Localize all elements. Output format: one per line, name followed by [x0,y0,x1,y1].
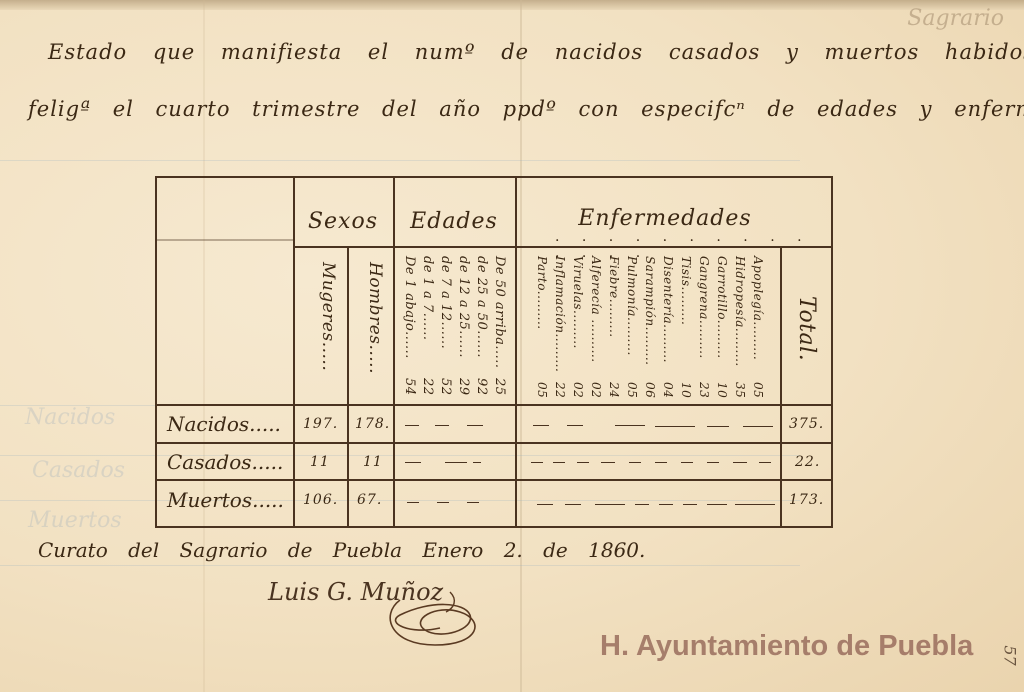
empty-dash [735,504,775,505]
enfermedad-value: 06 [643,382,657,398]
bleed-through-text: Nacidos [25,405,115,430]
empty-dash [681,462,693,463]
column-hombres: Hombres..... [365,262,385,374]
enfermedad-value: 10 [715,382,729,398]
empty-dash [537,504,553,505]
empty-dash [437,502,449,503]
empty-dash [707,462,719,463]
header-divider [155,239,293,241]
nacidos-mugeres: 197. [303,416,338,432]
column-parto: Parto......... [535,256,549,330]
empty-dash [655,426,695,427]
casados-hombres: 11 [363,454,383,470]
casados-mugeres: 11 [310,454,330,470]
column-edad-1-abajo: De 1 abajo...... [402,256,417,359]
empty-dash [445,462,467,463]
column-edad-12-25: de 12 a 25...... [456,256,471,358]
enfermedad-value: 24 [607,382,621,398]
empty-dash [743,426,773,427]
page-number: 57 [1001,645,1020,665]
empty-dash [655,462,667,463]
column-pulmonia: Pulmonía......... [625,256,639,356]
place-date-line: Curato del Sagrario de Puebla Enero 2. d… [38,538,645,562]
empty-dash [533,425,549,426]
column-apoplegia: Apoplegía......... [751,256,765,360]
column-hidropesia: Hidropesía......... [733,256,747,367]
enfermedad-value: 05 [625,382,639,398]
column-edad-25-50: de 25 a 50...... [474,256,489,358]
corner-annotation: Sagrario [907,6,1004,31]
edad-value: 52 [438,378,453,396]
row-label-casados: Casados..... [167,450,283,474]
enfermedad-value: 10 [679,382,693,398]
header-edades: Edades [393,196,515,246]
empty-dash [629,462,641,463]
column-divider [347,246,349,528]
document-title-line-2: feligª el cuarto trimestre del año ppdº … [28,97,1024,121]
column-fiebre: Fiebre......... [607,256,621,338]
column-edad-1-7: de 1 a 7...... [420,256,435,341]
row-label-muertos: Muertos..... [167,488,284,512]
edad-value: 54 [402,378,417,396]
empty-dash [601,462,615,463]
empty-dash [407,502,419,503]
enfermedad-value: 35 [733,382,747,398]
edad-value: 92 [474,378,489,396]
muertos-mugeres: 106. [303,492,338,508]
empty-dash [707,504,727,505]
empty-dash [659,504,673,505]
enfermedad-value: 23 [697,382,711,398]
column-edad-50-arriba: De 50 arriba..... [492,256,507,369]
empty-dash [683,504,697,505]
column-divider [515,176,517,528]
row-divider [155,404,833,406]
column-divider [780,246,782,528]
bleed-through-text: Muertos [28,508,122,533]
edad-value: 22 [420,378,435,396]
empty-dash [759,462,771,463]
statistics-table: Sexos Edades Enfermedades . . . . . . . … [155,176,833,528]
column-garrotillo: Garrotillo......... [715,256,729,359]
muertos-total: 173. [789,492,824,508]
enfermedad-value: 02 [571,382,585,398]
column-edad-7-12: de 7 a 12...... [438,256,453,349]
table-border [155,176,833,178]
enfermedad-value: 02 [589,382,603,398]
empty-dash [707,426,729,427]
empty-dash [595,504,625,505]
empty-dash [733,462,747,463]
muertos-hombres: 67. [357,492,382,508]
table-border [155,176,157,528]
enfermedad-value: 05 [535,382,549,398]
empty-dash [531,462,543,463]
empty-dash [615,425,645,426]
column-inflamacion: Inflamación......... [553,256,567,372]
column-viruelas: Viruelas......... [571,256,585,349]
column-tisis: Tisis......... [679,256,693,325]
scan-edge-shadow [0,0,1024,10]
casados-total: 22. [795,454,820,470]
empty-dash [467,502,479,503]
empty-dash [635,504,649,505]
enfermedad-value: 05 [751,382,765,398]
table-border [155,526,833,528]
column-alferecia: Alferecía .......... [589,256,603,363]
enfermedad-value: 04 [661,382,675,398]
bleed-through-text: Casados [32,458,125,483]
row-label-nacidos: Nacidos..... [167,412,281,436]
document-title-line-1: Estado que manifiesta el numº de nacidos… [48,40,1024,64]
enfermedad-value: 22 [553,382,567,398]
empty-dash [567,425,583,426]
edad-value: 25 [492,378,507,396]
column-sarampion: Sarampión......... [643,256,657,365]
nacidos-total: 375. [789,416,824,432]
header-sexos: Sexos [293,196,393,246]
archive-watermark: H. Ayuntamiento de Puebla [600,630,973,663]
empty-dash [553,462,565,463]
nacidos-hombres: 178. [355,416,390,432]
bleed-through-line [0,565,800,566]
column-gangrena: Gangrena......... [697,256,711,359]
empty-dash [435,425,449,426]
empty-dash [405,462,421,463]
signature-flourish-icon [380,590,490,650]
column-disenteria: Disentería......... [661,256,675,363]
empty-dash [577,462,589,463]
edad-value: 29 [456,378,471,396]
empty-dash [467,425,483,426]
bleed-through-line [0,160,800,161]
row-divider [155,442,833,444]
column-total: Total. [794,296,819,361]
column-mugeres: Mugeres..... [318,262,338,371]
empty-dash [473,462,481,463]
row-divider [155,479,833,481]
empty-dash [405,425,419,426]
empty-dash [565,504,581,505]
